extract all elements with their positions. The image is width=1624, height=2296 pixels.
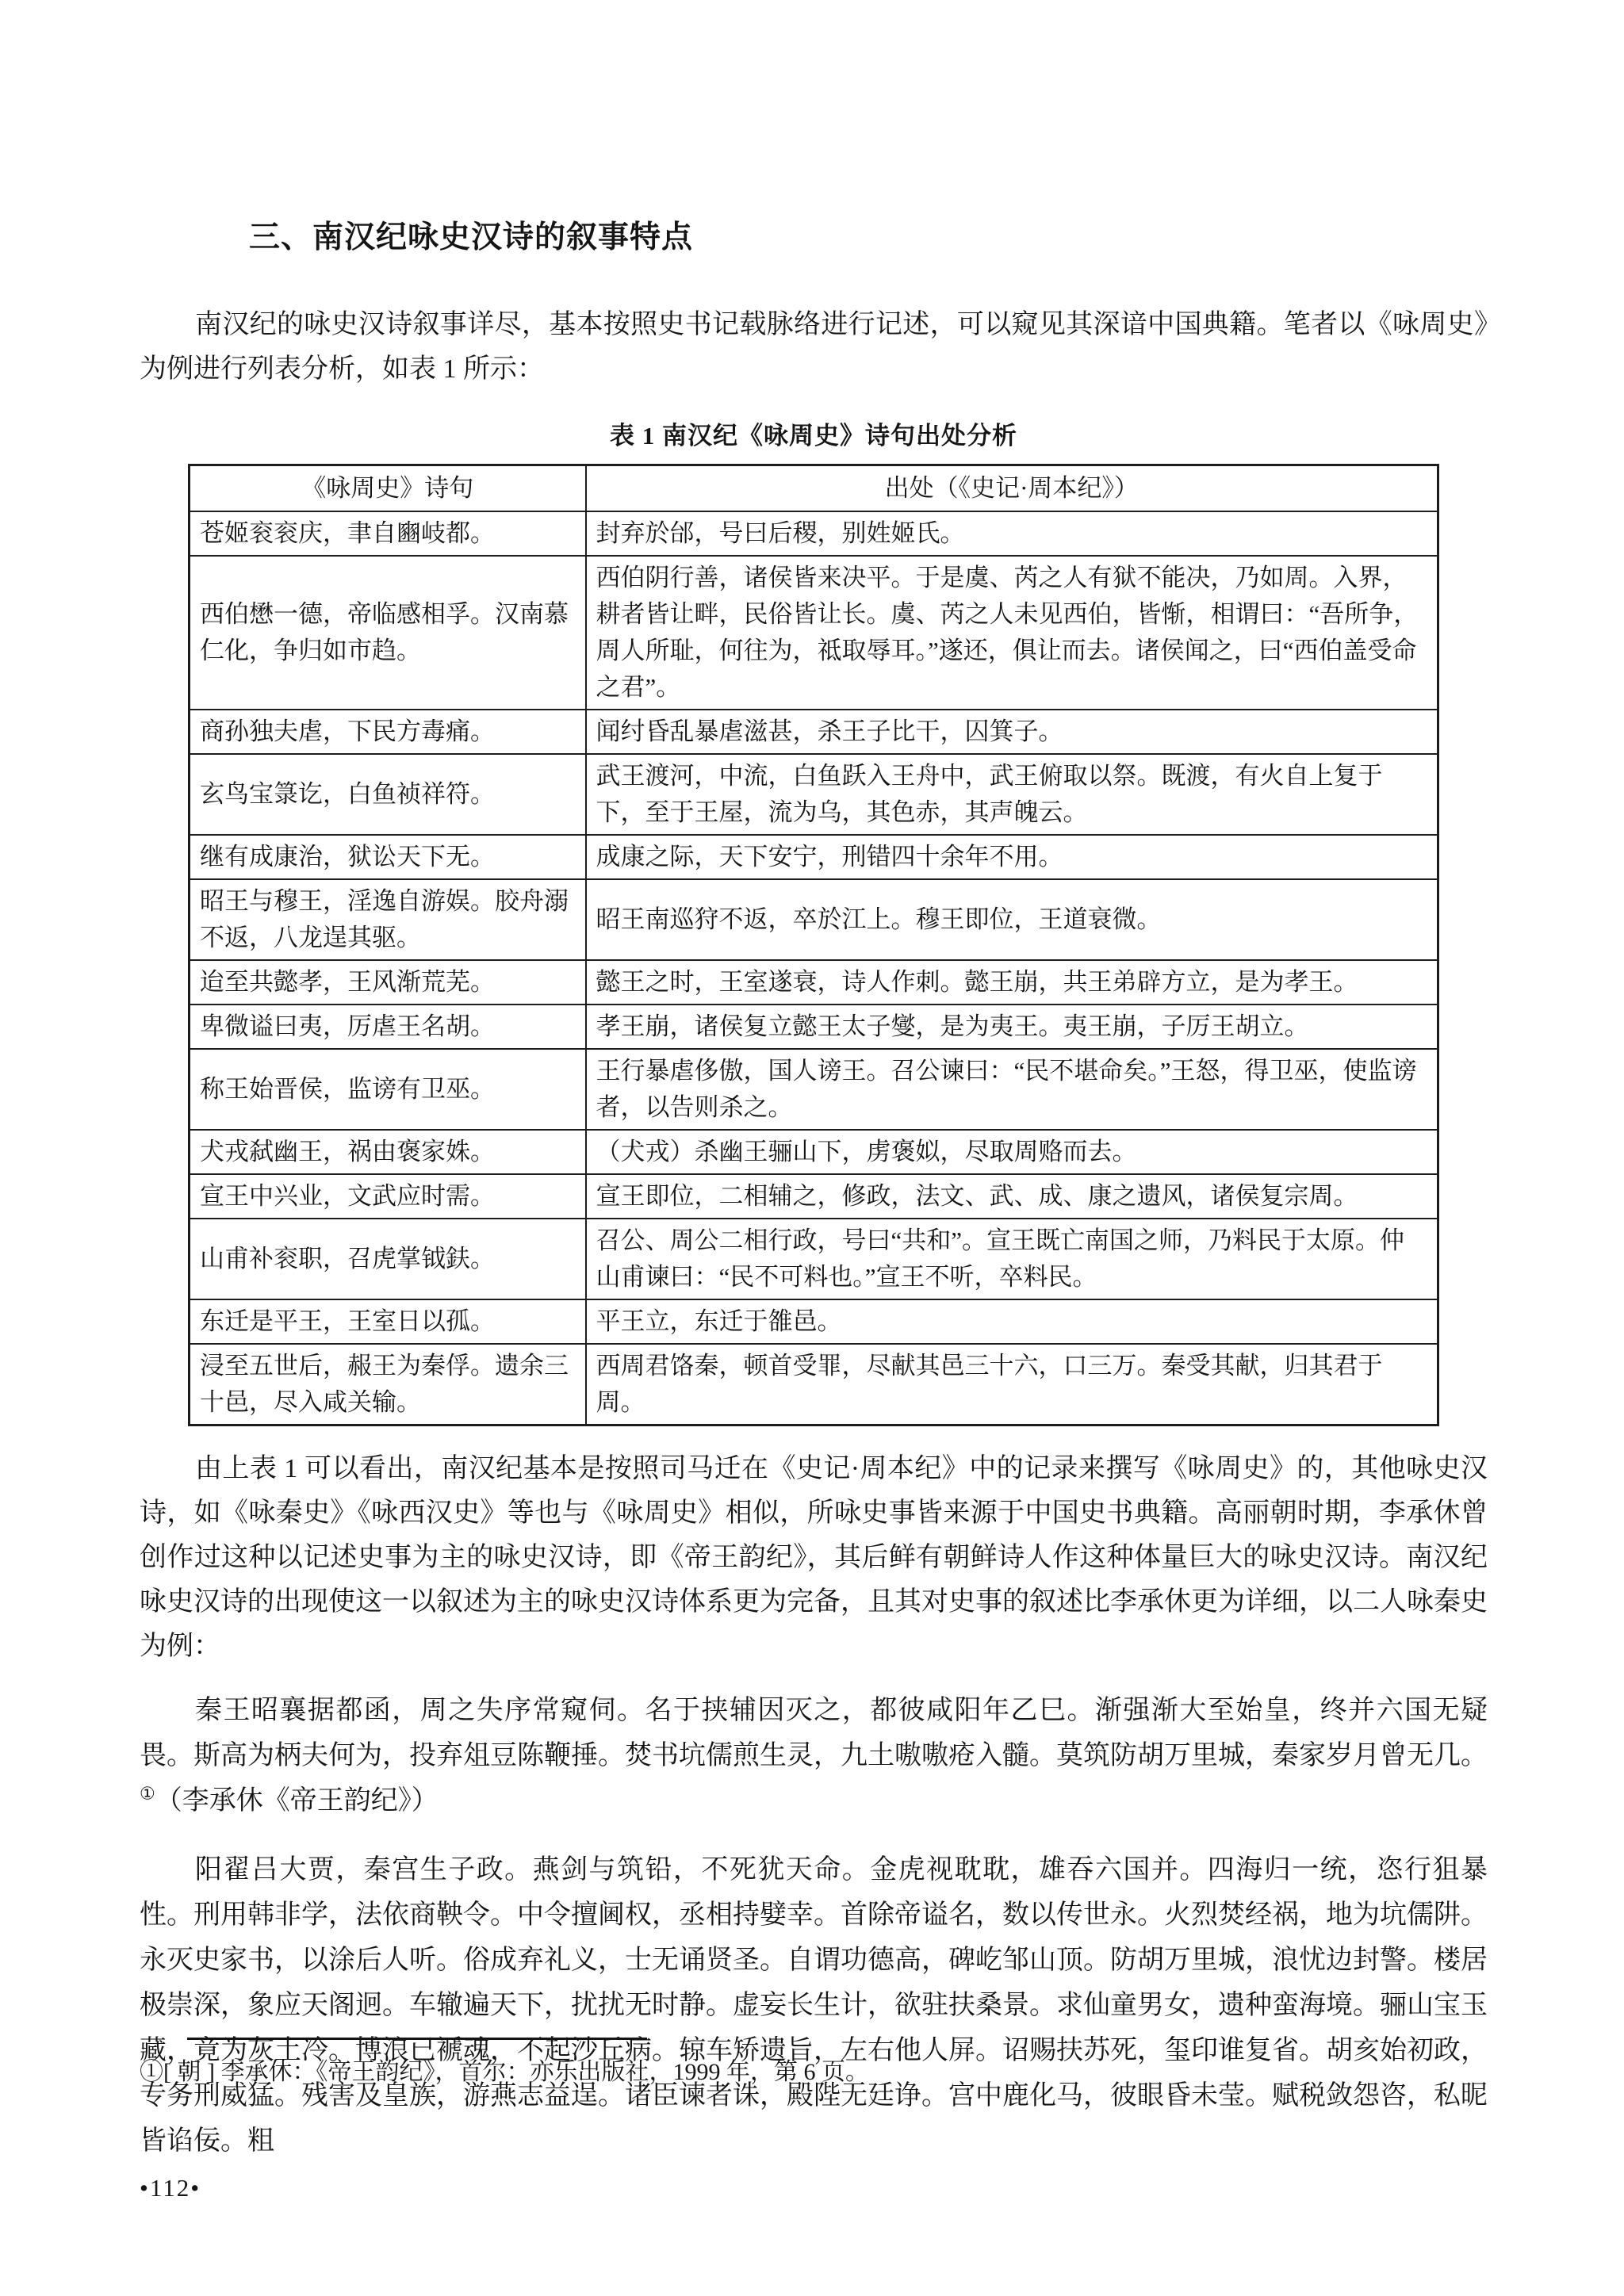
table-row: 宣王中兴业，文武应时需。宣王即位，二相辅之，修政，法文、武、成、康之遗风，诸侯复… [190,1174,1438,1219]
source-cell: 王行暴虐侈傲，国人谤王。召公谏曰：“民不堪命矣。”王怒，得卫巫，使监谤者，以告则… [586,1049,1438,1130]
table-row: 昭王与穆王，淫逸自游娱。胶舟溺不返，八龙逞其驱。昭王南巡狩不返，卒於江上。穆王即… [190,879,1438,960]
table-row: 迨至共懿孝，王风渐荒芜。懿王之时，王室遂衰，诗人作刺。懿王崩，共王弟辟方立，是为… [190,960,1438,1004]
table-row: 继有成康治，狱讼天下无。成康之际，天下安宁，刑错四十余年不用。 [190,835,1438,879]
intro-paragraph: 南汉纪的咏史汉诗叙事详尽，基本按照史书记载脉络进行记述，可以窥见其深谙中国典籍。… [140,303,1488,392]
source-cell: 昭王南巡狩不返，卒於江上。穆王即位，王道衰微。 [586,879,1438,960]
table-header-source: 出处（《史记·周本纪》） [586,465,1438,512]
source-cell: 孝王崩，诸侯复立懿王太子燮，是为夷王。夷王崩，子厉王胡立。 [586,1004,1438,1049]
table-header-poem: 《咏周史》诗句 [190,465,586,512]
poem-cell: 迨至共懿孝，王风渐荒芜。 [190,960,586,1004]
source-cell: 平王立，东迁于雒邑。 [586,1299,1438,1344]
table-row: 东迁是平王，王室日以孤。平王立，东迁于雒邑。 [190,1299,1438,1344]
source-cell: 西伯阴行善，诸侯皆来决平。于是虞、芮之人有狱不能决，乃如周。入界，耕者皆让畔，民… [586,556,1438,710]
table-row: 苍姬衮衮庆，聿自豳岐都。封弃於邰，号曰后稷，别姓姬氏。 [190,511,1438,556]
table-caption: 表 1 南汉纪《咏周史》诗句出处分析 [140,415,1488,451]
table-row: 玄鸟宝箓讫，白鱼祯祥符。武王渡河，中流，白鱼跃入王舟中，武王俯取以祭。既渡，有火… [190,754,1438,835]
table-row: 卑微谥曰夷，厉虐王名胡。孝王崩，诸侯复立懿王太子燮，是为夷王。夷王崩，子厉王胡立… [190,1004,1438,1049]
poem-cell: 山甫补衮职，召虎掌钺鈇。 [190,1219,586,1299]
footnote-text: ①[ 朝 ] 李承休：《帝王韵纪》，首尔：亦乐出版社，1999 年，第 6 页。 [140,2055,1488,2090]
source-cell: 宣王即位，二相辅之，修政，法文、武、成、康之遗风，诸侯复宗周。 [586,1174,1438,1219]
source-cell: 成康之际，天下安宁，刑错四十余年不用。 [586,835,1438,879]
section-heading: 三、南汉纪咏史汉诗的叙事特点 [249,212,1488,257]
source-cell: 西周君饹秦，顿首受罪，尽献其邑三十六，口三万。秦受其献，归其君于周。 [586,1344,1438,1425]
source-cell: 闻纣昏乱暴虐滋甚，杀王子比干，囚箕子。 [586,710,1438,754]
table-row: 犬戎弑幽王，祸由褒家姝。（犬戎）杀幽王骊山下，虏褒姒，尽取周赂而去。 [190,1130,1438,1174]
page-number: •112• [140,2174,201,2202]
analysis-paragraph: 由上表 1 可以看出，南汉纪基本是按照司马迁在《史记·周本纪》中的记录来撰写《咏… [140,1447,1488,1669]
poem-source-table: 《咏周史》诗句 出处（《史记·周本纪》） 苍姬衮衮庆，聿自豳岐都。封弃於邰，号曰… [188,464,1439,1426]
table-row: 浸至五世后，赧王为秦俘。遗余三十邑，尽入咸关输。西周君饹秦，顿首受罪，尽献其邑三… [190,1344,1438,1425]
source-cell: 武王渡河，中流，白鱼跃入王舟中，武王俯取以祭。既渡，有火自上复于下，至于王屋，流… [586,754,1438,835]
poem-cell: 商孙独夫虐，下民方毒痛。 [190,710,586,754]
quote-text: 秦王昭襄据都函，周之失序常窥伺。名于挟辅因灭之，都彼咸阳年乙巳。渐强渐大至始皇，… [140,1694,1488,1771]
footnote-marker: ① [140,1785,155,1804]
quote-attribution: （李承休《帝王韵纪》） [155,1785,439,1816]
footnote-divider [187,2038,647,2040]
source-cell: 封弃於邰，号曰后稷，别姓姬氏。 [586,511,1438,556]
poem-cell: 东迁是平王，王室日以孤。 [190,1299,586,1344]
poem-cell: 宣王中兴业，文武应时需。 [190,1174,586,1219]
document-page: 三、南汉纪咏史汉诗的叙事特点 南汉纪的咏史汉诗叙事详尽，基本按照史书记载脉络进行… [140,212,1488,2164]
source-cell: 懿王之时，王室遂衰，诗人作刺。懿王崩，共王弟辟方立，是为孝王。 [586,960,1438,1004]
source-cell: 召公、周公二相行政，号曰“共和”。宣王既亡南国之师，乃料民于太原。仲山甫谏曰：“… [586,1219,1438,1299]
poem-cell: 犬戎弑幽王，祸由褒家姝。 [190,1130,586,1174]
quote-li-chengxiu: 秦王昭襄据都函，周之失序常窥伺。名于挟辅因灭之，都彼咸阳年乙巳。渐强渐大至始皇，… [140,1688,1488,1823]
table-row: 山甫补衮职，召虎掌钺鈇。召公、周公二相行政，号曰“共和”。宣王既亡南国之师，乃料… [190,1219,1438,1299]
table-row: 西伯懋一德，帝临感相孚。汉南慕仁化，争归如市趋。西伯阴行善，诸侯皆来决平。于是虞… [190,556,1438,710]
quote-nanhanji: 阳翟吕大贾，秦宫生子政。燕剑与筑铅，不死犹天命。金虎视耽耽，雄吞六国并。四海归一… [140,1847,1488,2164]
table-header-row: 《咏周史》诗句 出处（《史记·周本纪》） [190,465,1438,512]
poem-cell: 玄鸟宝箓讫，白鱼祯祥符。 [190,754,586,835]
poem-cell: 称王始晋侯，监谤有卫巫。 [190,1049,586,1130]
poem-cell: 浸至五世后，赧王为秦俘。遗余三十邑，尽入咸关输。 [190,1344,586,1425]
source-cell: （犬戎）杀幽王骊山下，虏褒姒，尽取周赂而去。 [586,1130,1438,1174]
poem-cell: 继有成康治，狱讼天下无。 [190,835,586,879]
table-row: 称王始晋侯，监谤有卫巫。王行暴虐侈傲，国人谤王。召公谏曰：“民不堪命矣。”王怒，… [190,1049,1438,1130]
poem-cell: 昭王与穆王，淫逸自游娱。胶舟溺不返，八龙逞其驱。 [190,879,586,960]
poem-cell: 苍姬衮衮庆，聿自豳岐都。 [190,511,586,556]
poem-cell: 卑微谥曰夷，厉虐王名胡。 [190,1004,586,1049]
poem-cell: 西伯懋一德，帝临感相孚。汉南慕仁化，争归如市趋。 [190,556,586,710]
table-row: 商孙独夫虐，下民方毒痛。闻纣昏乱暴虐滋甚，杀王子比干，囚箕子。 [190,710,1438,754]
